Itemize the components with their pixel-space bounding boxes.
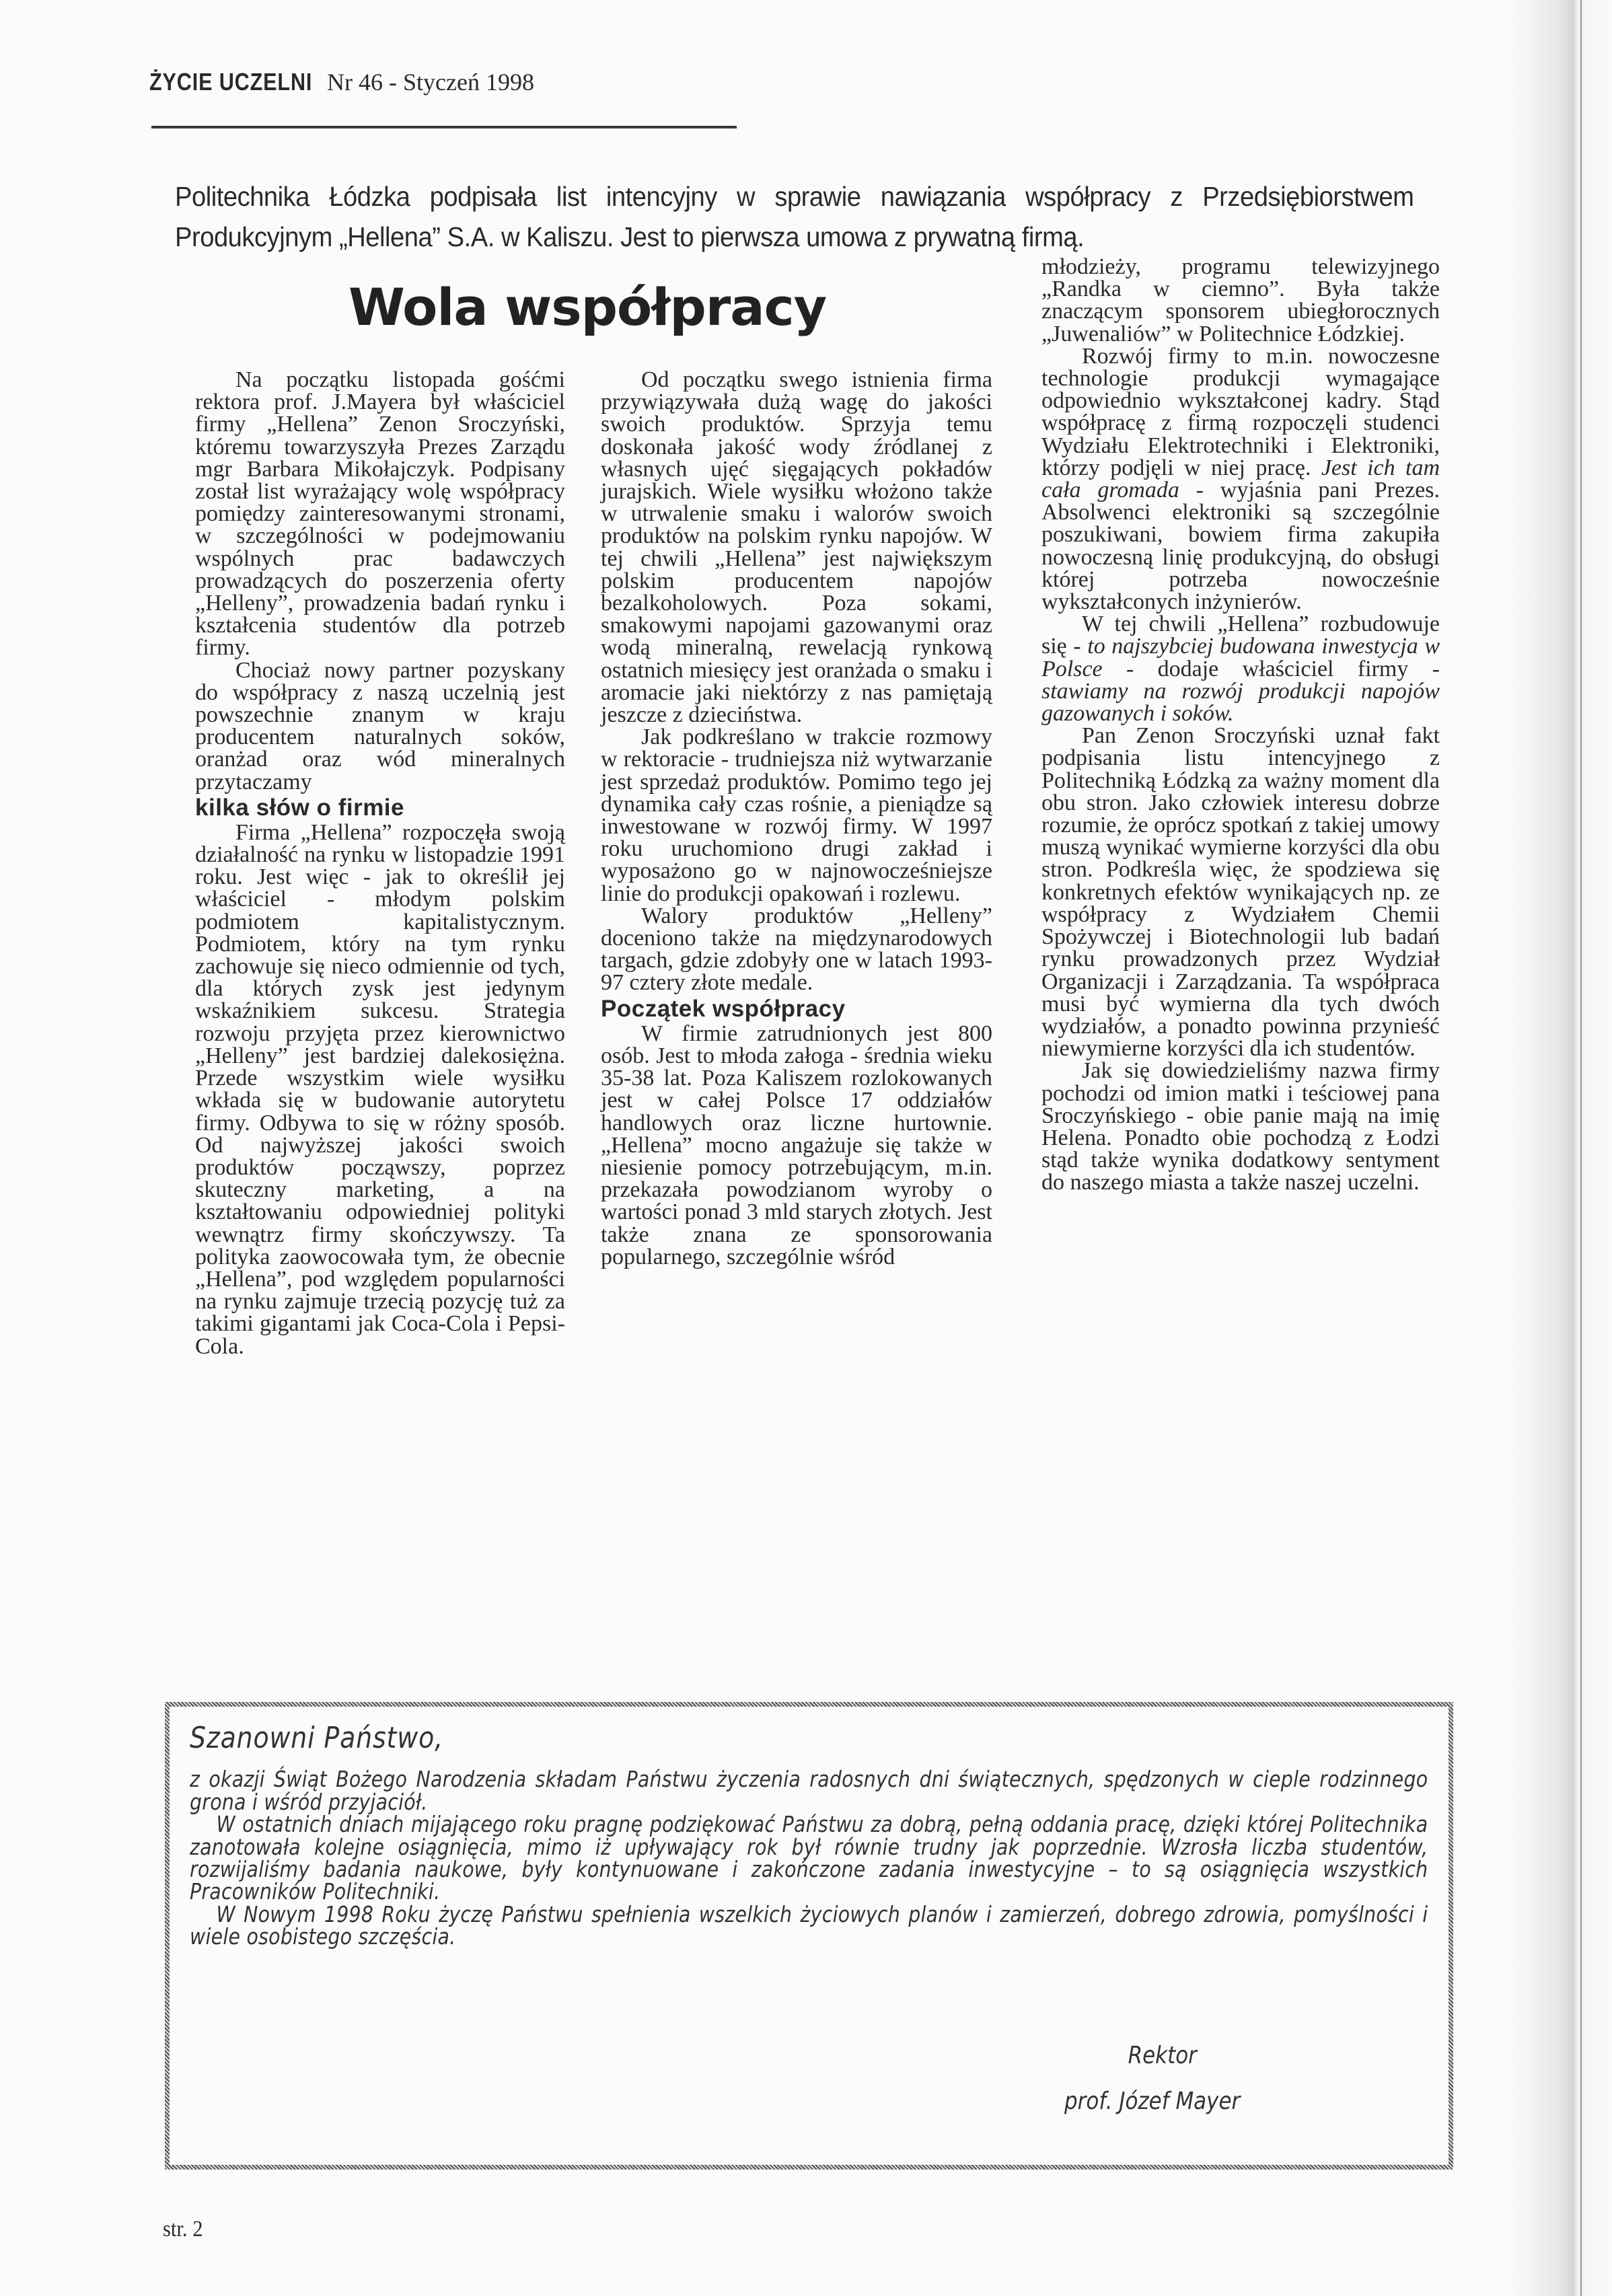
paragraph: Jak podkreślano w trakcie rozmowy w rekt… [601, 726, 992, 905]
paragraph: W tej chwili „Hellena” rozbudowuje się -… [1041, 613, 1440, 725]
paragraph: Walory produktów „Helleny” doceniono tak… [601, 905, 992, 994]
article-column-1: Na początku listopada gośćmi rektora pro… [195, 369, 565, 1358]
paragraph: Pan Zenon Sroczyński uznał fakt podpisan… [1041, 725, 1440, 1060]
binding-fold-line [1580, 0, 1582, 2296]
paragraph: Rozwój firmy to m.in. nowoczesne technol… [1041, 345, 1440, 613]
issue-info: Nr 46 - Styczeń 1998 [327, 69, 534, 96]
subheading: Początek współpracy [601, 996, 992, 1023]
signature-name: prof. Józef Mayer [1064, 2087, 1240, 2115]
scan-binding-edge [1511, 0, 1612, 2296]
page-number: str. 2 [163, 2217, 203, 2242]
article-column-3: młodzieży, programu telewizyjnego „Randk… [1041, 256, 1440, 1194]
letter-signature: Rektor prof. Józef Mayer [1064, 2033, 1240, 2124]
letter-paragraph: W Nowym 1998 Roku życzę Państwu spełnien… [190, 1903, 1428, 1948]
article-title: Wola współpracy [349, 277, 826, 337]
lead-paragraph: Politechnika Łódzka podpisała list inten… [175, 176, 1414, 257]
paragraph: Firma „Hellena” rozpoczęła swoją działal… [195, 821, 565, 1358]
paragraph: młodzieży, programu telewizyjnego „Randk… [1041, 256, 1440, 345]
letter-paragraph: W ostatnich dniach mijającego roku pragn… [190, 1813, 1428, 1903]
letter-body: Szanowni Państwo, z okazji Świąt Bożego … [190, 1727, 1428, 1948]
page-header: ŻYCIE UCZELNI Nr 46 - Styczeń 1998 [149, 67, 534, 97]
masthead: ŻYCIE UCZELNI [149, 67, 312, 97]
rector-letter-box: Szanowni Państwo, z okazji Świąt Bożego … [165, 1702, 1453, 2170]
quote-italic: stawiamy na rozwój produkcji napojów gaz… [1041, 679, 1440, 726]
letter-greeting: Szanowni Państwo, [190, 1727, 1428, 1749]
paragraph: W firmie zatrudnionych jest 800 osób. Je… [601, 1023, 992, 1268]
paragraph: Na początku listopada gośćmi rektora pro… [195, 369, 565, 659]
paragraph: Chociaż nowy partner pozyskany do współp… [195, 659, 565, 793]
subheading: kilka słów o firmie [195, 794, 565, 821]
text: - dodaje właściciel firmy - [1126, 657, 1440, 681]
paragraph: Od początku swego istnienia firma przywi… [601, 369, 992, 726]
header-rule [151, 126, 737, 128]
article-column-2: Od początku swego istnienia firma przywi… [601, 369, 992, 1268]
paragraph: Jak się dowiedzieliśmy nazwa firmy pocho… [1041, 1060, 1440, 1193]
letter-paragraph: z okazji Świąt Bożego Narodzenia składam… [190, 1768, 1428, 1813]
signature-title: Rektor [1064, 2033, 1240, 2079]
